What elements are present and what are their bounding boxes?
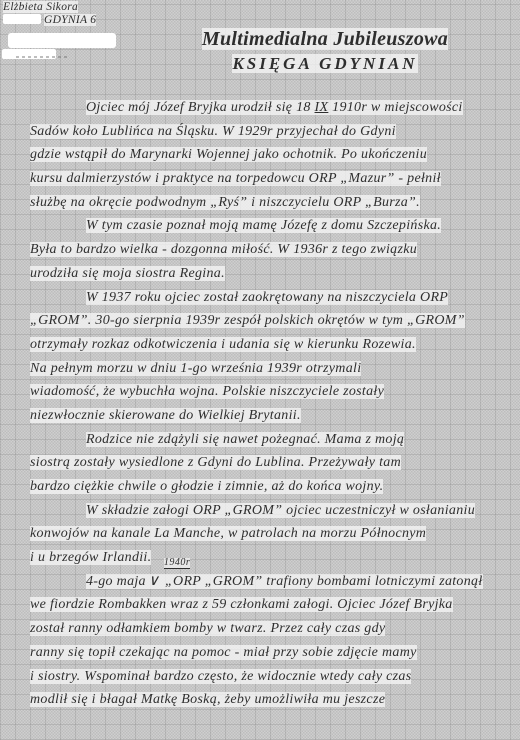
handwritten-line: kursu dalmierzystów i praktyce na torped… [0,167,520,191]
sender-name: Elżbieta Sikora [3,1,96,14]
handwritten-line: we fiordzie Rombakken wraz z 59 członkam… [0,593,520,617]
handwritten-line: bardzo ciężkie chwile o głodzie i zimnie… [0,475,520,499]
sender-city-row: GDYNIA 6 [3,14,96,27]
insertion-point: 1940r∨ [146,570,161,594]
handwritten-line: konwojów na kanale La Manche, w patrolac… [0,522,520,546]
document-title-line2: KSIĘGA GDYNIAN [130,52,520,76]
handwritten-line: siostrą zostały wysiedlone z Gdyni do Lu… [0,451,520,475]
handwritten-line: Ojciec mój Józef Bryjka urodził się 18 I… [0,96,520,120]
handwritten-line: otrzymały rozkaz odkotwiczenia i udania … [0,333,520,357]
handwritten-line: i u brzegów Irlandii. [0,546,520,570]
redaction-box [8,33,116,48]
handwritten-line: i siostry. Wspominał bardzo często, że w… [0,665,520,689]
scanned-letter-page: Elżbieta Sikora GDYNIA 6 Multimedialna J… [0,0,520,740]
letter-body: Ojciec mój Józef Bryjka urodził się 18 I… [0,96,520,712]
document-title: Multimedialna Jubileuszowa KSIĘGA GDYNIA… [130,26,520,76]
handwritten-line: ranny się topił czekając na pomoc - miał… [0,641,520,665]
handwritten-line: Na pełnym morzu w dniu 1-go września 193… [0,357,520,381]
handwritten-line: służbę na okręcie podwodnym „Ryś” i nisz… [0,191,520,215]
handwritten-line: W tym czasie poznał moją mamę Józefę z d… [0,214,520,238]
handwritten-line: „GROM”. 30-go sierpnia 1939r zespół pols… [0,309,520,333]
roman-numeral-underlined: IX [315,100,329,115]
handwritten-line: został ranny odłamkiem bomby w twarz. Pr… [0,617,520,641]
handwritten-line: 4-go maja1940r∨ „ORP „GROM” trafiony bom… [0,570,520,594]
handwritten-line: wiadomość, że wybuchła wojna. Polskie ni… [0,380,520,404]
handwritten-line: W 1937 roku ojciec został zaokrętowany n… [0,286,520,310]
faint-scribble [16,56,68,58]
sender-city: GDYNIA 6 [44,14,96,26]
handwritten-line: gdzie wstąpił do Marynarki Wojennej jako… [0,143,520,167]
handwritten-line: W składzie załogi ORP „GROM” ojciec ucze… [0,499,520,523]
handwritten-line: urodziła się moja siostra Regina. [0,262,520,286]
handwritten-line: Była to bardzo wielka - dozgonna miłość.… [0,238,520,262]
insertion-date: 1940r [164,558,190,569]
handwritten-line: modlił się i błagał Matkę Boską, żeby um… [0,688,520,712]
handwritten-line: Sadów koło Lublińca na Śląsku. W 1929r p… [0,120,520,144]
redaction-box [3,14,41,24]
insertion-caret-icon: ∨ [146,573,161,589]
handwritten-line: Rodzice nie zdążyli się nawet pożegnać. … [0,428,520,452]
sender-block: Elżbieta Sikora GDYNIA 6 [3,1,96,27]
handwritten-line: niezwłocznie skierowane do Wielkiej Bryt… [0,404,520,428]
document-title-line1: Multimedialna Jubileuszowa [130,26,520,52]
